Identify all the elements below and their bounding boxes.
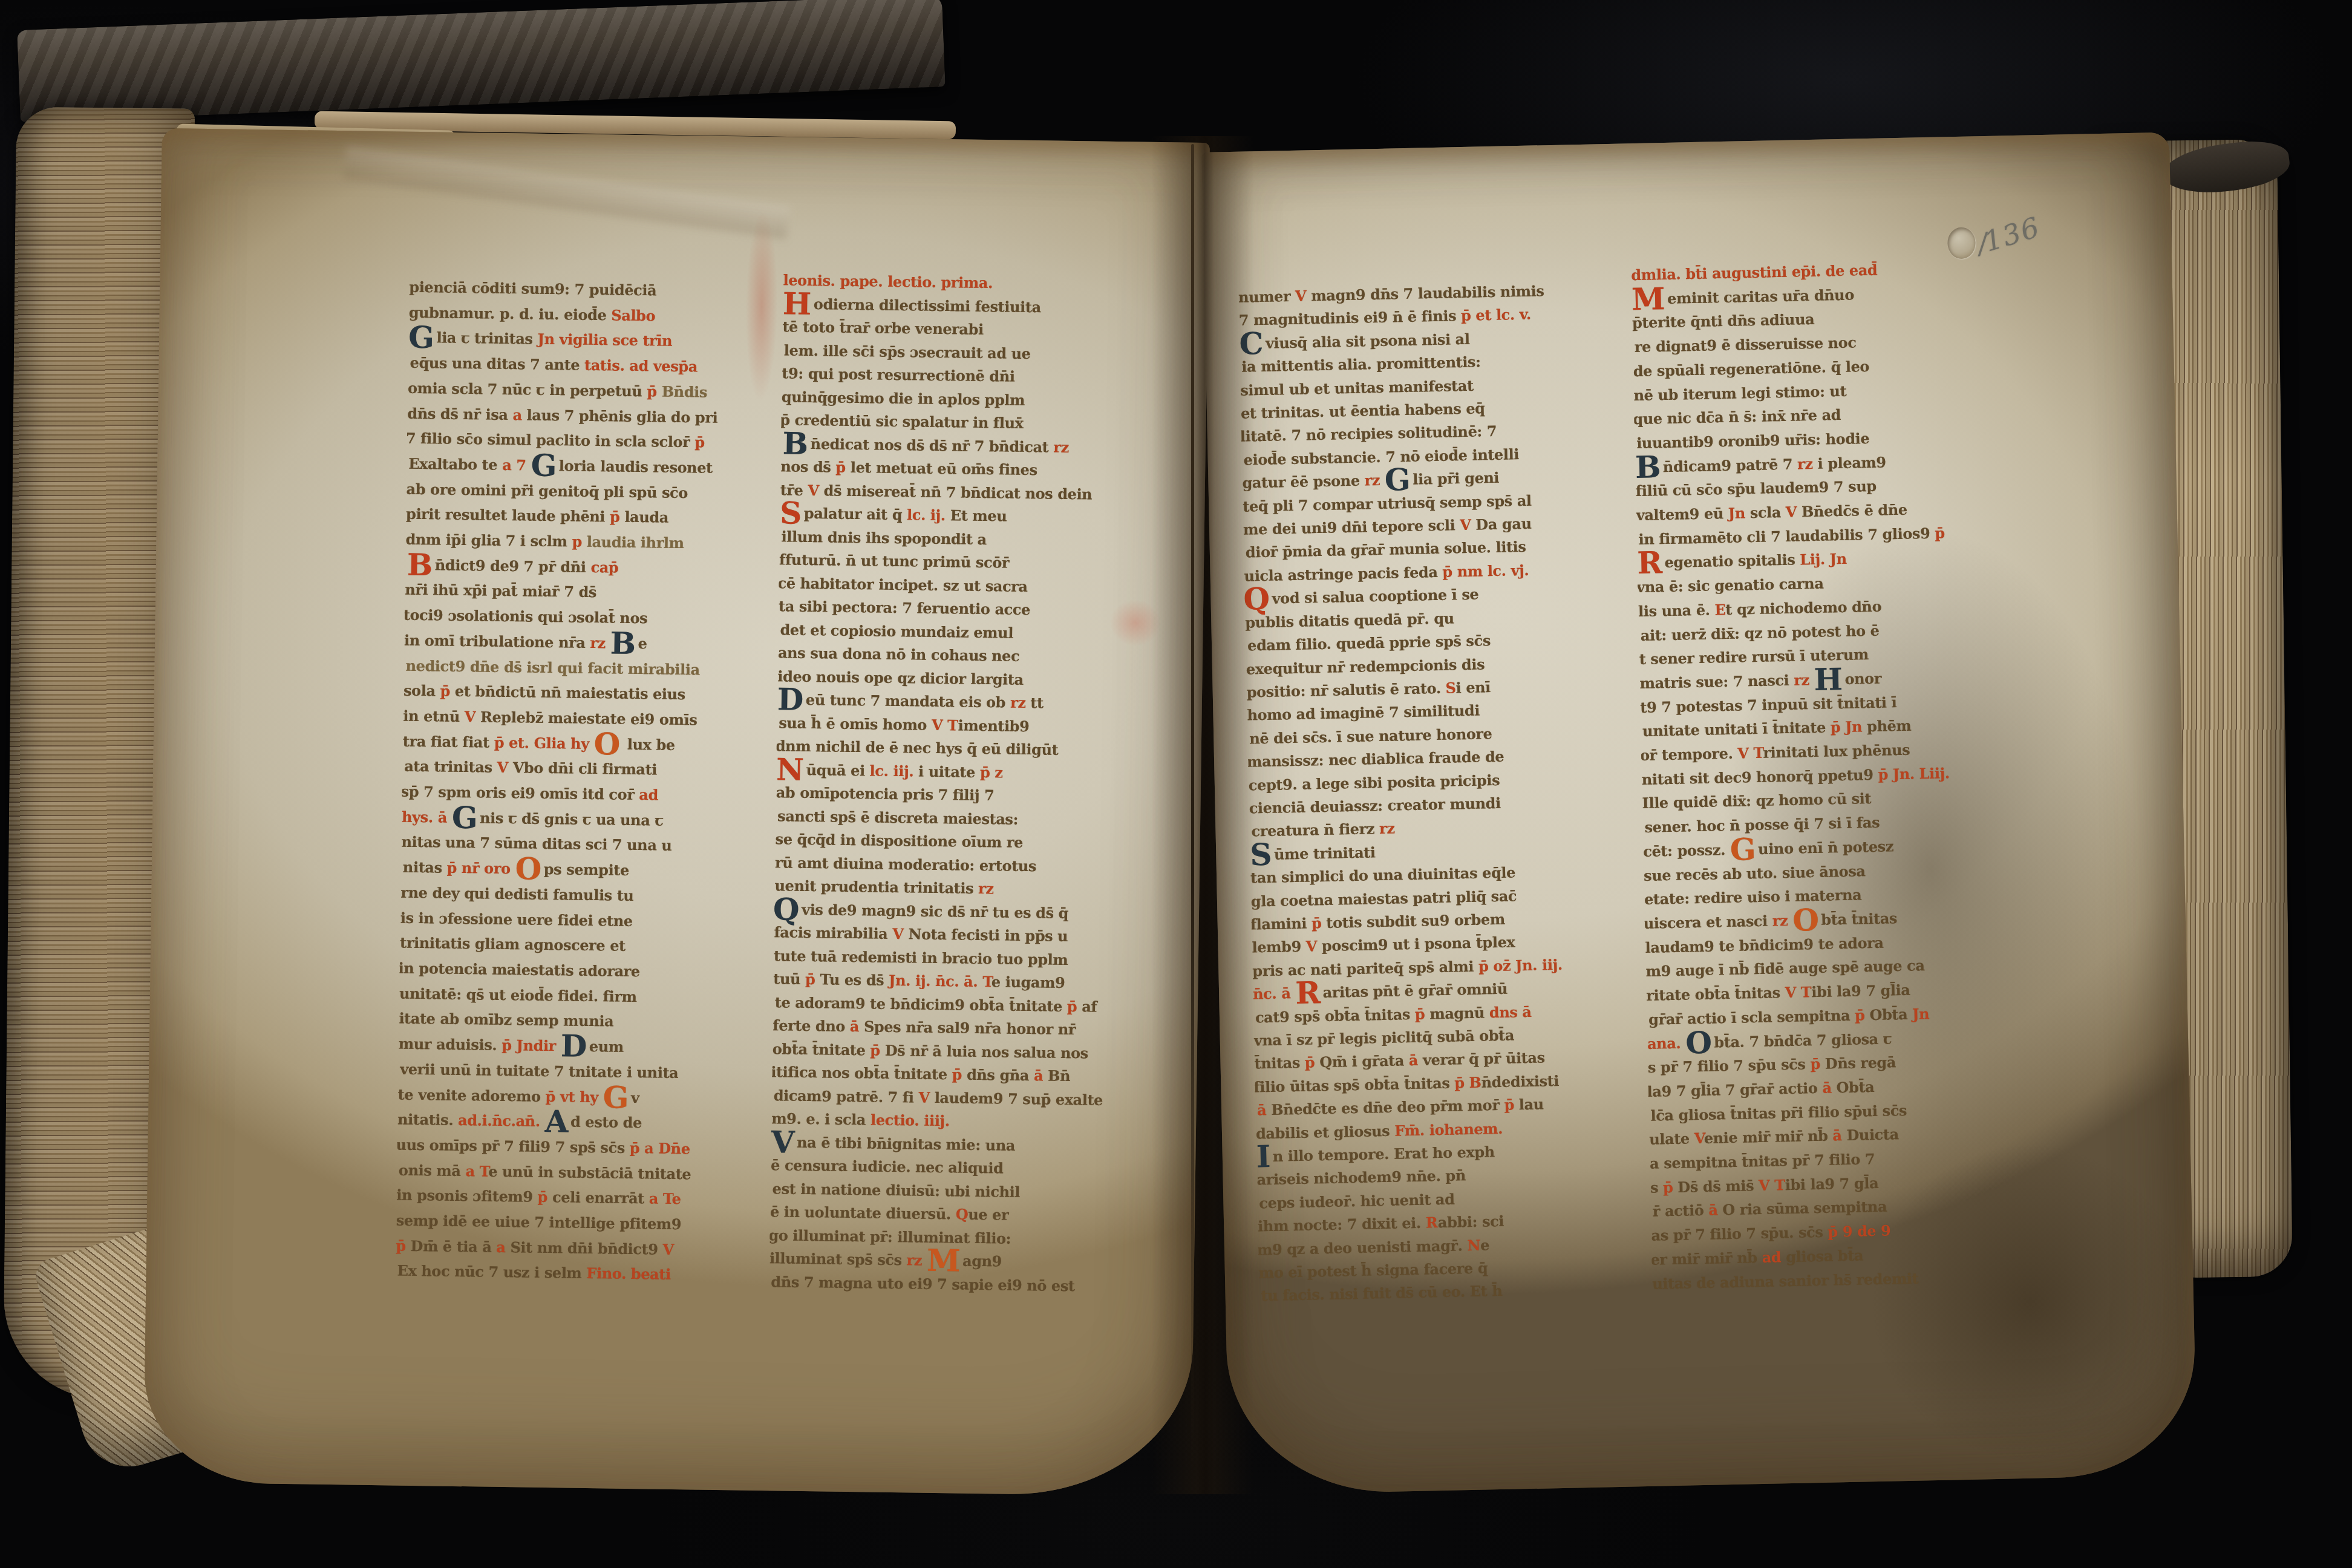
body-text: r̄ actiō <box>1653 1201 1709 1220</box>
body-text: d esto de <box>570 1113 642 1132</box>
body-text: filiū cū sc̄o sp̄u laudem9 7 sup <box>1636 477 1877 500</box>
body-text: in potencia maiestatis adorare <box>398 959 640 981</box>
rubric-text: V T <box>932 716 958 734</box>
body-text: Duicta <box>1846 1126 1899 1145</box>
body-text: ps sempite <box>544 860 629 879</box>
body-text: Vbo dn̄i cli firmati <box>513 759 658 779</box>
rubric-text: p̄ B <box>1454 1073 1481 1091</box>
rubric-text: p̄ <box>952 1065 967 1083</box>
manuscript-text-line: dn̄s 7 magna uto ei9 7 sapie ei9 nō est <box>771 1270 1164 1299</box>
body-text: verar q̄ pr̄ ūitas <box>1423 1049 1545 1069</box>
body-text: Et meu <box>950 506 1007 524</box>
body-text: t qz nichodemo dn̄o <box>1725 597 1881 618</box>
body-text: vis de9 magn9 sic ds̄ nr̄ tu es ds̄ q̄ <box>802 900 1068 921</box>
body-text: in psonis ɔfitem9 <box>396 1186 538 1206</box>
body-text: Da gau <box>1475 515 1532 534</box>
rubric-text: ā <box>850 1018 864 1035</box>
rubric-text: Jn <box>1728 504 1750 522</box>
body-text: n̄edicat nos ds̄ ds̄ nr̄ 7 bn̄dicat <box>811 435 1054 456</box>
body-text: laudem9 7 sup̄ exalte <box>935 1088 1103 1108</box>
rubric-text: lc. iij. <box>870 762 919 780</box>
photo-of-open-manuscript: pienciā cōditi sum9: 7 puidēciāgubnamur.… <box>0 0 2352 1568</box>
rubric-text: cap̄ <box>590 558 618 577</box>
rubric-text: a T <box>465 1162 488 1180</box>
body-text: tute tuā redemisti in bracio tuo pplm <box>774 947 1068 969</box>
body-text: agn9 <box>962 1252 1002 1270</box>
rubric-text: p̄ <box>647 382 662 400</box>
body-text: ta sibi pectora: 7 feruentio acce <box>779 597 1030 618</box>
manuscript-text-line: nedict9 dn̄e ds̄ isrl qui facit mirabili… <box>405 653 781 683</box>
rubric-text: p̄ Jn. Liij. <box>1878 764 1950 783</box>
rubric-text: V <box>1305 937 1322 955</box>
manuscript-text-line: toci9 ɔsolationis qui ɔsolat̄ nos <box>403 603 779 633</box>
body-text: uenit prudentia trinitatis <box>774 877 978 897</box>
body-text: dabilis et gliosus <box>1256 1122 1395 1142</box>
body-text: Ille quidē dix̄: qz homo cū sit <box>1642 790 1871 812</box>
body-text: mur aduisis. <box>399 1035 502 1054</box>
body-text: te venite adoremo <box>398 1085 546 1105</box>
body-text: onor <box>1844 670 1881 688</box>
body-text: me dei uni9 dn̄i tepore scli <box>1243 516 1460 538</box>
body-text: te adoram9 te bn̄dicim9 obt̄a t̄nitate <box>775 993 1067 1015</box>
rubric-text: n̄c. ā <box>1253 984 1296 1002</box>
body-text: ē censura iudicie. nec aliquid <box>771 1156 1004 1177</box>
body-text: palatur ait q̄ <box>804 505 907 523</box>
rubric-text: rz <box>1772 912 1793 930</box>
body-text: Dm̄ ē tia ā <box>410 1237 496 1256</box>
body-text: Qm̄ i gr̄ata <box>1319 1052 1409 1071</box>
body-text: ans sua dona nō in cohaus nec <box>778 644 1020 665</box>
body-text: celi enarrāt <box>552 1188 649 1207</box>
body-text: imentib9 <box>958 716 1029 735</box>
manuscript-text-line: onis mā a Te unū in substāciā tnitate <box>399 1157 774 1187</box>
body-text: magnū <box>1429 1004 1489 1022</box>
body-text: ffuturū. n̄ ut tunc primū scōr̄ <box>779 550 1009 571</box>
body-text: s <box>1650 1178 1664 1196</box>
body-text: ibi la9 7 gl̄ia <box>1811 981 1910 1001</box>
body-text: positio: nr̄ salutis ē rato. <box>1246 679 1446 701</box>
body-text: tuū <box>773 970 805 988</box>
body-text: la9 7 gl̄ia 7 gr̄ar̄ actio <box>1647 1079 1822 1100</box>
illuminated-initial: G <box>531 447 559 483</box>
rubric-text: a <box>496 1238 511 1256</box>
rubric-text: p̄ <box>835 459 851 476</box>
body-text: lis una ē. <box>1638 601 1715 620</box>
body-text: tu facis. nisi fuit ds̄ cū eo. Et h̄ <box>1261 1282 1502 1304</box>
body-text: ia mittentis alia. promittentis: <box>1241 353 1481 376</box>
manuscript-text-line: Bn̄dict9 de9 7 pr̄ dn̄i cap̄ <box>407 552 783 582</box>
rubric-text: rz <box>907 1251 927 1269</box>
body-text: eū tunc 7 mandata eis ob <box>806 691 1011 711</box>
body-text: af <box>1082 998 1097 1015</box>
body-text: e unū in substāciā tnitate <box>488 1162 691 1183</box>
body-text: p̄ credentiū sic spalatur in flux̄ <box>780 411 1024 432</box>
body-text: n illo tempore. Erat ho exph <box>1272 1143 1495 1165</box>
body-text: sp̄ 7 spm oris ei9 omīs itd cor̄ <box>401 783 639 803</box>
body-text: publis ditatis quedā pr̄. qu <box>1245 609 1454 631</box>
body-text: itifica nos obt̄a t̄nitate <box>771 1063 952 1083</box>
body-text: pienciā cōditi sum9: 7 puidēciā <box>409 278 656 299</box>
rubric-text: p̄ 9 de 9 <box>1828 1222 1891 1241</box>
rubric-text: p̄ <box>538 1188 553 1206</box>
rubric-text: E <box>1714 601 1726 618</box>
rubric-text: a Te <box>649 1190 681 1208</box>
body-text: ait: uerz̄ dix̄: qz nō potest ho ē <box>1641 621 1880 644</box>
rubric-text: p̄ <box>1067 998 1082 1015</box>
rubric-text: p̄ <box>610 508 625 526</box>
body-text: ē in uoluntate diuersū. <box>770 1203 956 1223</box>
body-text: mansissz: nec diablica fraude de <box>1247 748 1504 771</box>
body-text: in etnū <box>403 707 465 725</box>
body-text: vna ē: sic genatio carna <box>1636 575 1824 596</box>
rubric-text: p <box>572 533 587 550</box>
body-text: illum dnis ihs spopondit a <box>781 528 987 548</box>
body-text: m9 auge ī nb̄ fidē auge spē auge ca <box>1645 957 1925 981</box>
rubric-text: rz <box>1364 471 1385 489</box>
body-text: onis mā <box>399 1161 466 1180</box>
body-text: sue recēs ab uto. siue ānosa <box>1644 862 1866 884</box>
body-text: dn̄s ds̄ nr̄ isa <box>407 404 513 423</box>
center-gutter-crease <box>1191 144 1194 1472</box>
body-text: lc̄a gliosa t̄nitas pr̄i filio sp̄ui sc̄… <box>1650 1102 1907 1125</box>
rubric-text: ā <box>1034 1067 1048 1084</box>
body-text: ceps iudeor̄. hic uenit ad <box>1259 1190 1455 1212</box>
body-text: bt̄a. 7 bn̄dc̄a 7 gliosa ꞇ <box>1714 1030 1892 1051</box>
rubric-text: rz <box>1797 454 1818 472</box>
body-text: mo eī potest h̄ signa facere q̄ <box>1259 1259 1488 1282</box>
body-text: let metuat eū om̄s fines <box>851 459 1037 479</box>
rubric-text: rz <box>1010 694 1031 711</box>
rubric-text: p̄ <box>1810 1055 1825 1073</box>
body-text: lauda <box>624 508 668 526</box>
rubric-text: leonis. pape. lectio. prima. <box>783 271 993 292</box>
rubric-text: p̄ oz̄ Jn. iij. <box>1478 956 1563 975</box>
body-text: n̄dict9 de9 7 pr̄ dn̄i <box>435 556 591 576</box>
body-text: laudam9 te bn̄dicim9 te adora <box>1645 933 1883 956</box>
rubric-text: V <box>497 759 513 776</box>
body-text: scla <box>1749 503 1786 521</box>
body-text: vna ī sz pr̄ legis piclitq̄ subā obt̄a <box>1253 1026 1514 1049</box>
body-text: ariseis nichodem9 nn̄e. pn̄ <box>1256 1167 1466 1189</box>
rubric-text: rz <box>1053 438 1069 456</box>
body-text: eminit caritas ur̄a dn̄uo <box>1667 286 1854 307</box>
body-text: rinitati lux phēnus <box>1763 741 1910 762</box>
manuscript-text-line: sp̄ 7 spm oris ei9 omīs itd cor̄ ad <box>400 779 776 809</box>
body-text: viusq̄ alia sit psona nisi al <box>1266 330 1470 352</box>
body-text: nitati sit dec9 honorq̄ ppetu9 <box>1642 766 1878 788</box>
left-page-verso: pienciā cōditi sum9: 7 puidēciāgubnamur.… <box>143 128 1210 1497</box>
body-text: ds̄ misereat̄ nn̄ 7 bn̄dicat nos dein <box>824 482 1093 503</box>
rubric-text: p̄ et. Glia hy <box>494 733 594 752</box>
body-text: v <box>631 1088 639 1106</box>
rubric-text: V <box>1786 503 1802 521</box>
body-text: omia scla 7 nūc ꞇ in perpetuū <box>408 379 647 400</box>
parchment-hole <box>1947 227 1976 259</box>
body-text: eiod̄e substancie. 7 nō eiod̄e intelli <box>1243 445 1519 469</box>
body-text: se q̄cq̄d in dispositione oīum re <box>775 830 1023 851</box>
rubric-text: dmlia. bt̄i augustini ep̄i. de ead̄ <box>1631 261 1877 284</box>
center-gutter-shadow <box>1151 136 1254 1494</box>
rubric-text: V <box>662 1240 674 1258</box>
body-text: ūquā ei <box>806 760 870 779</box>
body-text: gr̄ar̄ actio ī scla sempitna <box>1648 1006 1855 1028</box>
body-text: unitate unitati ī t̄nitate <box>1642 719 1831 740</box>
body-text: det et copiosio mundaiz emul <box>780 621 1013 641</box>
body-text: nedict9 dn̄e ds̄ isrl qui facit mirabili… <box>405 656 700 678</box>
rubric-text: ā <box>1708 1201 1723 1219</box>
illuminated-initial: B <box>407 546 436 583</box>
body-text: tan simplici do una diuinitas eq̄le <box>1250 864 1515 887</box>
body-text: rū amt diuina moderatio: ertotus <box>775 854 1036 875</box>
body-text: unitatē: qs̄ ut eiod̄e fidei. firm <box>399 984 637 1005</box>
body-text: lia pr̄i geni <box>1413 469 1499 488</box>
body-text: cē habitator incipet. sz ut sacra <box>777 574 1027 595</box>
body-text: dn̄s 7 magna uto ei9 7 sapie ei9 nō est <box>771 1273 1074 1295</box>
body-text: nitatis. <box>397 1111 458 1129</box>
manuscript-text-line: verii unū in tuitate 7 tnitate i unita <box>400 1056 776 1086</box>
body-text: dicam9 patrē. 7 fi <box>774 1086 919 1106</box>
body-text: dn̄s gn̄a <box>967 1066 1034 1085</box>
parchment-crease <box>342 146 790 239</box>
left-page-column-2: leonis. pape. lectio. prima.Hodierna dil… <box>769 269 1177 1299</box>
body-text: m9 qz a deo uenisti magr̄. <box>1257 1236 1468 1258</box>
body-text: Bn̄dis <box>662 382 708 400</box>
body-text: uus omīps pr̄ 7 fili9 7 sps̄ sc̄s <box>396 1135 630 1156</box>
body-text: as pr̄ 7 filio 7 sp̄u. sc̄s <box>1651 1223 1828 1244</box>
body-text: cienciā deuiassz: creator mundi <box>1249 794 1501 817</box>
body-text: pris ac nati pariteq̄ sps̄ almi <box>1252 957 1478 979</box>
body-text: uitas de adiuna sanior hs̄ redemit <box>1652 1269 1919 1292</box>
body-text: loria laudis resonet <box>559 457 713 477</box>
rubric-text: p̄ nm lc. vj. <box>1442 561 1529 581</box>
rubric-text: ā <box>1822 1079 1837 1096</box>
rubric-text: R <box>1426 1214 1439 1231</box>
rubric-text: p̄ <box>396 1236 411 1254</box>
body-text: ūme trinitati <box>1274 843 1376 863</box>
body-text: tē toto t̄rar̄ orbe venerabi <box>782 318 984 338</box>
body-text: Ds̄ nr̄ ā luia nos salua nos <box>885 1041 1088 1062</box>
rubric-text: V <box>1694 1129 1704 1147</box>
right-page-recto-folio-136: numer V magn9 dn̄s 7 laudabilis nimis7 m… <box>1201 132 2197 1495</box>
body-text: poscim9 ut i psona t̄plex <box>1322 933 1515 955</box>
body-text: e <box>638 635 647 652</box>
rubric-text: rz <box>1794 671 1814 689</box>
rubric-text: tatis. ad vesp̄a <box>584 356 697 376</box>
rubric-text: V <box>808 481 824 498</box>
body-text: creatura n̄ fierz <box>1251 820 1379 840</box>
leather-cover-top-edge <box>17 0 946 122</box>
body-text: que nic dc̄a n̄ s̄: inx̄ nr̄e ad <box>1633 406 1841 428</box>
body-text: abbi: sci <box>1438 1212 1504 1231</box>
body-text: in omī tribulatione nr̄a <box>404 632 590 652</box>
body-text: go illuminat pr̄: illuminat filio: <box>769 1226 1011 1247</box>
rubric-text: ad.i.n̄c.an̄. <box>458 1111 545 1130</box>
body-text: Ds̄ ds̄ mis̄ <box>1677 1177 1759 1196</box>
body-text: ferte dno <box>773 1016 850 1035</box>
rubric-text: Q <box>956 1205 969 1223</box>
manuscript-text-line: Ex hoc nūc 7 usz i selm Fino. beati <box>397 1258 773 1289</box>
body-text: filio ūitas sps̄ obt̄a t̄nitas <box>1253 1074 1455 1096</box>
rubric-text: p̄ z <box>980 763 1003 781</box>
rubric-text: ā <box>1409 1051 1423 1069</box>
body-text: t9 7 potestas 7 inpuū sit t̄nitati ī <box>1640 693 1897 716</box>
right-page-column-1: numer V magn9 dn̄s 7 laudabilis nimis7 m… <box>1238 278 1639 1310</box>
rubric-text: hys. ā <box>402 808 452 826</box>
rubric-text: V <box>1460 516 1476 534</box>
rubric-text: Jn. ij. n̄c. ā. T <box>889 972 991 990</box>
body-text: laudia ihrlm <box>587 533 684 552</box>
rubric-text: N <box>1467 1236 1480 1253</box>
body-text: sola <box>403 682 440 700</box>
body-text: dior̄ p̄mia da gr̄ar̄ munia solue. litis <box>1246 538 1526 561</box>
rubric-text: Fino. beati <box>586 1264 671 1283</box>
rubric-text: Jn <box>1912 1005 1930 1023</box>
body-text: magn9 dn̄s 7 laudabilis nimis <box>1311 282 1544 304</box>
body-text: nr̄i ihū xp̄i pat̄ miar̄ 7 ds̄ <box>405 581 596 601</box>
body-text: toci9 ɔsolationis qui ɔsolat̄ nos <box>403 606 648 627</box>
body-text: semp idē ee uiue 7 intellige pfitem9 <box>396 1212 682 1233</box>
body-text: verii unū in tuitate 7 tnitate i unita <box>400 1060 678 1081</box>
body-text: nē ub iterum legi stimo: ut <box>1633 382 1846 403</box>
manuscript-text-line: in potencia maiestatis adorare <box>398 956 774 986</box>
body-text: itate ab omībz semp munia <box>399 1010 613 1030</box>
body-text: Ex hoc nūc 7 usz i selm <box>397 1262 586 1282</box>
body-text: re dignat9 ē disseruisse noc <box>1635 334 1857 356</box>
rubric-text: rz <box>978 880 994 897</box>
body-text: nitas <box>403 858 447 877</box>
body-text: tt <box>1030 694 1044 711</box>
body-text: n̄dedixisti <box>1481 1072 1559 1091</box>
body-text: matris sue: 7 nasci <box>1639 671 1794 692</box>
rubric-text: p̄ <box>1305 1054 1320 1072</box>
rubric-text: lectio. iiij. <box>871 1111 950 1130</box>
rubric-text: Lij. Jn <box>1800 550 1847 569</box>
body-text: odierna dilectissimi festiuita <box>814 295 1041 316</box>
rubric-text: lc. ij. <box>907 506 950 524</box>
body-text: lau <box>1519 1096 1544 1114</box>
body-text: eum <box>589 1037 624 1056</box>
rubric-text: p̄ <box>1312 914 1327 932</box>
rubric-text: p̄ <box>870 1041 885 1059</box>
body-text: uicla astringe pacis feda <box>1244 563 1442 585</box>
body-text: phēm <box>1867 717 1912 736</box>
body-text: Tu es ds̄ <box>820 970 889 989</box>
body-text: pirit resultet laude phēni <box>406 505 610 526</box>
body-text: cat9 sps̄ obt̄a t̄nitas <box>1255 1005 1416 1027</box>
body-text: O ria sūma sempitna <box>1722 1198 1887 1219</box>
rubric-text: rz <box>1379 820 1395 838</box>
body-text: valtem9 eū <box>1636 505 1728 524</box>
body-text: ihm nocte: 7 dixit ei. <box>1258 1214 1426 1235</box>
body-text: etate: redire uiso i materna <box>1644 886 1862 909</box>
body-text: ue er <box>968 1206 1008 1224</box>
body-text: p̄terite q̄nti dn̄s adiuua <box>1632 310 1815 332</box>
body-text: rne dey qui dedisti famulis tu <box>400 884 634 904</box>
rubric-text: a 7 <box>502 456 531 474</box>
rubric-text: p̄ vt hy <box>546 1088 603 1106</box>
body-text: gatur ēē psone <box>1242 472 1365 492</box>
rubric-text: ad <box>1762 1248 1786 1266</box>
body-text: gubnamur. p. d. iu. eiod̄e <box>409 303 612 324</box>
body-text: Dn̄s regā <box>1825 1053 1896 1072</box>
rubric-text: p̄ Jndir <box>501 1036 561 1054</box>
illuminated-initial: O <box>1792 902 1821 938</box>
body-text: ibi la9 7 gl̄a <box>1785 1174 1878 1194</box>
body-text: s pr̄ 7 filio 7 sp̄u sc̄s <box>1648 1055 1811 1076</box>
rubric-text: p̄ <box>805 970 820 988</box>
body-text: Obt̄a <box>1869 1005 1912 1024</box>
rubric-text: a <box>512 406 527 423</box>
body-text: obt̄a t̄nitate <box>773 1040 871 1059</box>
body-text: is in ɔfessione uere fidei etne <box>400 909 633 929</box>
body-text: Obt̄a <box>1836 1078 1874 1096</box>
body-text: 7 magnitudinis ei9 n̄ ē finis <box>1239 307 1462 329</box>
body-text: Spes nr̄a sal9 nr̄a honor nr̄ <box>864 1018 1076 1038</box>
body-text: enie mir̄ mir̄ nb̄ <box>1704 1127 1832 1147</box>
body-text: simul ub et unitas manifestat <box>1240 376 1474 399</box>
body-text: lux be <box>622 735 675 753</box>
body-text: iuuantib9 oronib9 ur̄is: hodie <box>1636 430 1870 452</box>
body-text: uino enī n̄ potesz <box>1758 837 1893 858</box>
body-text: eq̄us una ditas 7 ante <box>410 354 584 374</box>
body-text: teq̄ pli 7 compar utriusq̄ semp sps̄ al <box>1243 491 1532 515</box>
body-text: Bn̄edc̄te es dn̄e deo pr̄m mor̄ <box>1271 1096 1504 1119</box>
rubric-text: ad <box>639 786 658 803</box>
body-text: ulate <box>1649 1130 1694 1149</box>
body-text: uiscera et nasci <box>1644 912 1773 932</box>
body-text: ritate obt̄a t̄nitas <box>1646 984 1785 1004</box>
body-text: de spūali regeneratiōne. q̄ leo <box>1633 358 1869 380</box>
body-text: trinitatis gliam agnoscere et <box>400 934 626 955</box>
body-text: Nota fecisti in pp̄s u <box>908 925 1068 945</box>
rubric-text: ā <box>1832 1126 1847 1144</box>
body-text: Replebz̄ maiestate ei9 omīs <box>480 708 697 728</box>
body-text: nis ꞇ ds̄ gnis ꞇ ua una ꞇ <box>480 809 664 829</box>
rubric-text: p̄ <box>1855 1006 1870 1024</box>
body-text: t̄nitas <box>1254 1054 1305 1073</box>
rubric-text: V <box>1295 287 1312 305</box>
body-text: e <box>1480 1236 1489 1253</box>
body-text: illuminat sps̄ sc̄s <box>769 1249 907 1269</box>
body-text: homo ad imaginē 7 similitudi <box>1247 702 1480 724</box>
body-text: tra fiat fiat <box>403 732 494 751</box>
body-text: Bn̄ <box>1048 1067 1070 1085</box>
body-text: i uitate <box>918 762 980 780</box>
body-text: ata trinitas <box>404 757 497 776</box>
rubric-text: p̄ <box>440 682 455 700</box>
left-page-column-1: pienciā cōditi sum9: 7 puidēciāgubnamur.… <box>395 275 784 1291</box>
body-text: sener. hoc n̄ posse q̄i 7 si ī fas <box>1644 814 1880 836</box>
body-text: flamini <box>1250 914 1312 933</box>
rubric-text: p̄ et lc. v. <box>1461 305 1531 324</box>
rubric-text: Jn vigilia sce trīn <box>537 330 672 350</box>
body-text: exequitur nr̄ redempcionis dis <box>1246 655 1485 678</box>
body-text: dnm nichil de ē nec hys q̄ eū diligūt <box>776 737 1059 759</box>
rubric-text: p̄ a Dn̄e <box>630 1139 690 1157</box>
rubric-text: V T <box>1759 1176 1785 1194</box>
body-text: Bn̄edc̄s ē dn̄e <box>1802 501 1907 521</box>
body-text: sua h̄ ē omīs homo <box>779 714 932 734</box>
body-text: ab omīpotencia pris 7 filij 7 <box>776 783 995 804</box>
rubric-text: p̄ Jn <box>1830 718 1867 736</box>
illuminated-initial: O <box>515 851 544 887</box>
body-text: lemb9 <box>1252 938 1306 956</box>
body-text: vod si salua cooptione ī se <box>1272 586 1478 607</box>
rubric-text: rz <box>590 634 610 652</box>
body-text: n̄dicam9 patrē 7 <box>1663 455 1798 475</box>
rubric-text: V <box>465 708 481 725</box>
body-text: lem. ille sc̄i sp̄s ɔsecrauit ad ue <box>784 341 1031 362</box>
